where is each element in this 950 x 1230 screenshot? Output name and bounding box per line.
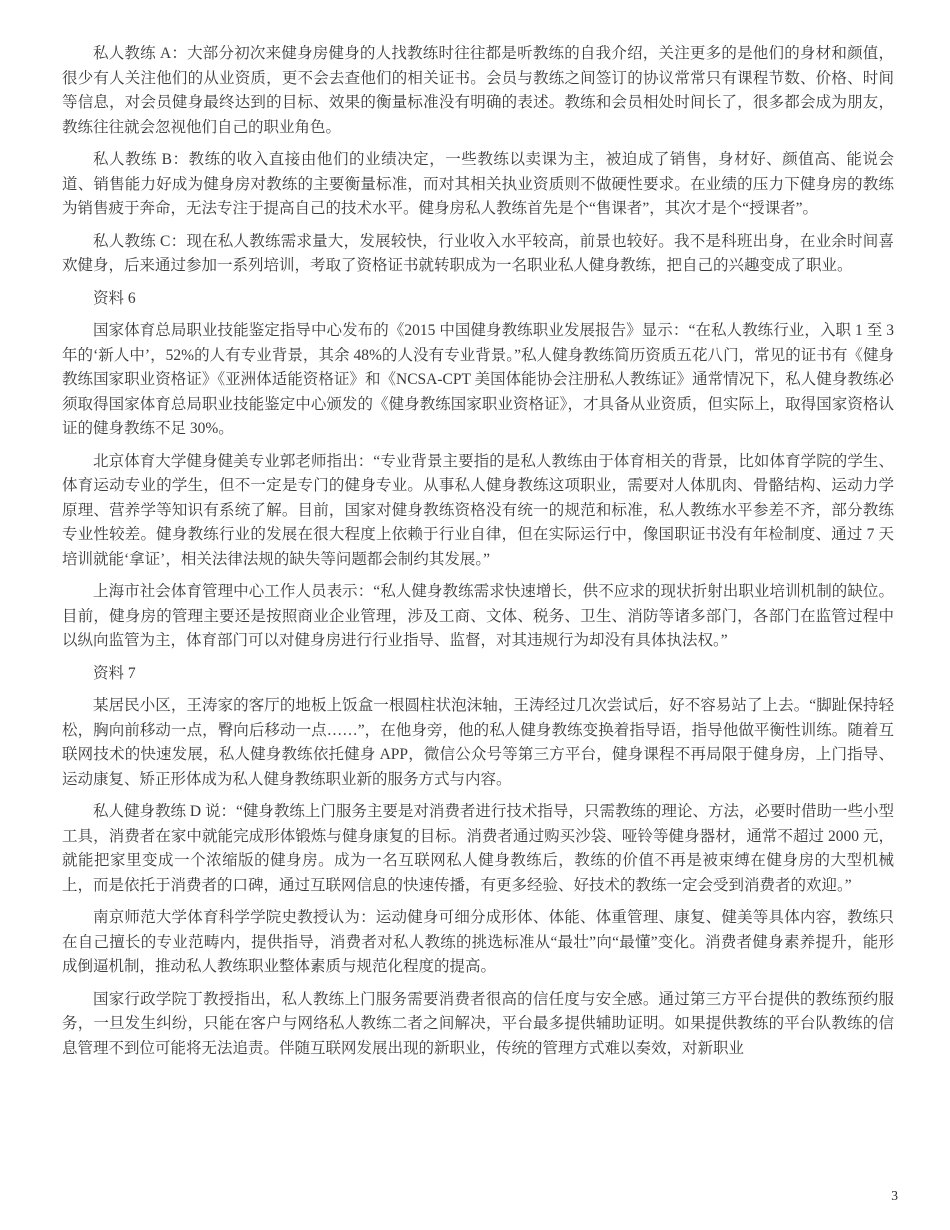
page-content: 私人教练 A：大部分初次来健身房健身的人找教练时往往都是听教练的自我介绍，关注更… (62, 42, 894, 1061)
paragraph-coach-a: 私人教练 A：大部分初次来健身房健身的人找教练时往往都是听教练的自我介绍，关注更… (62, 42, 894, 140)
paragraph-coach-d: 私人健身教练 D 说：“健身教练上门服务主要是对消费者进行技术指导，只需教练的理… (62, 800, 894, 898)
paragraph-2015-report: 国家体育总局职业技能鉴定指导中心发布的《2015 中国健身教练职业发展报告》显示… (62, 319, 894, 442)
paragraph-shanghai-sport-center: 上海市社会体育管理中心工作人员表示：“私人健身教练需求快速增长，供不应求的现状折… (62, 580, 894, 654)
paragraph-beijing-sport-university: 北京体育大学健身健美专业郭老师指出：“专业背景主要指的是私人教练由于体育相关的背… (62, 450, 894, 573)
page-number: 3 (891, 1188, 898, 1204)
document-page: 私人教练 A：大部分初次来健身房健身的人找教练时往往都是听教练的自我介绍，关注更… (0, 0, 950, 1230)
paragraph-professor-ding: 国家行政学院丁教授指出，私人教练上门服务需要消费者很高的信任度与安全感。通过第三… (62, 988, 894, 1062)
paragraph-nanjing-professor-shi: 南京师范大学体育科学学院史教授认为：运动健身可细分成形体、体能、体重管理、康复、… (62, 906, 894, 980)
section-heading-ziliao-6: 资料 6 (62, 287, 894, 312)
section-heading-ziliao-7: 资料 7 (62, 662, 894, 687)
paragraph-coach-c: 私人教练 C：现在私人教练需求量大，发展较快，行业收入水平较高，前景也较好。我不… (62, 230, 894, 279)
paragraph-coach-b: 私人教练 B：教练的收入直接由他们的业绩决定，一些教练以卖课为主，被迫成了销售，… (62, 148, 894, 222)
paragraph-wangtao-balance-training: 某居民小区，王涛家的客厅的地板上饭盒一根圆柱状泡沫轴，王涛经过几次尝试后，好不容… (62, 694, 894, 792)
